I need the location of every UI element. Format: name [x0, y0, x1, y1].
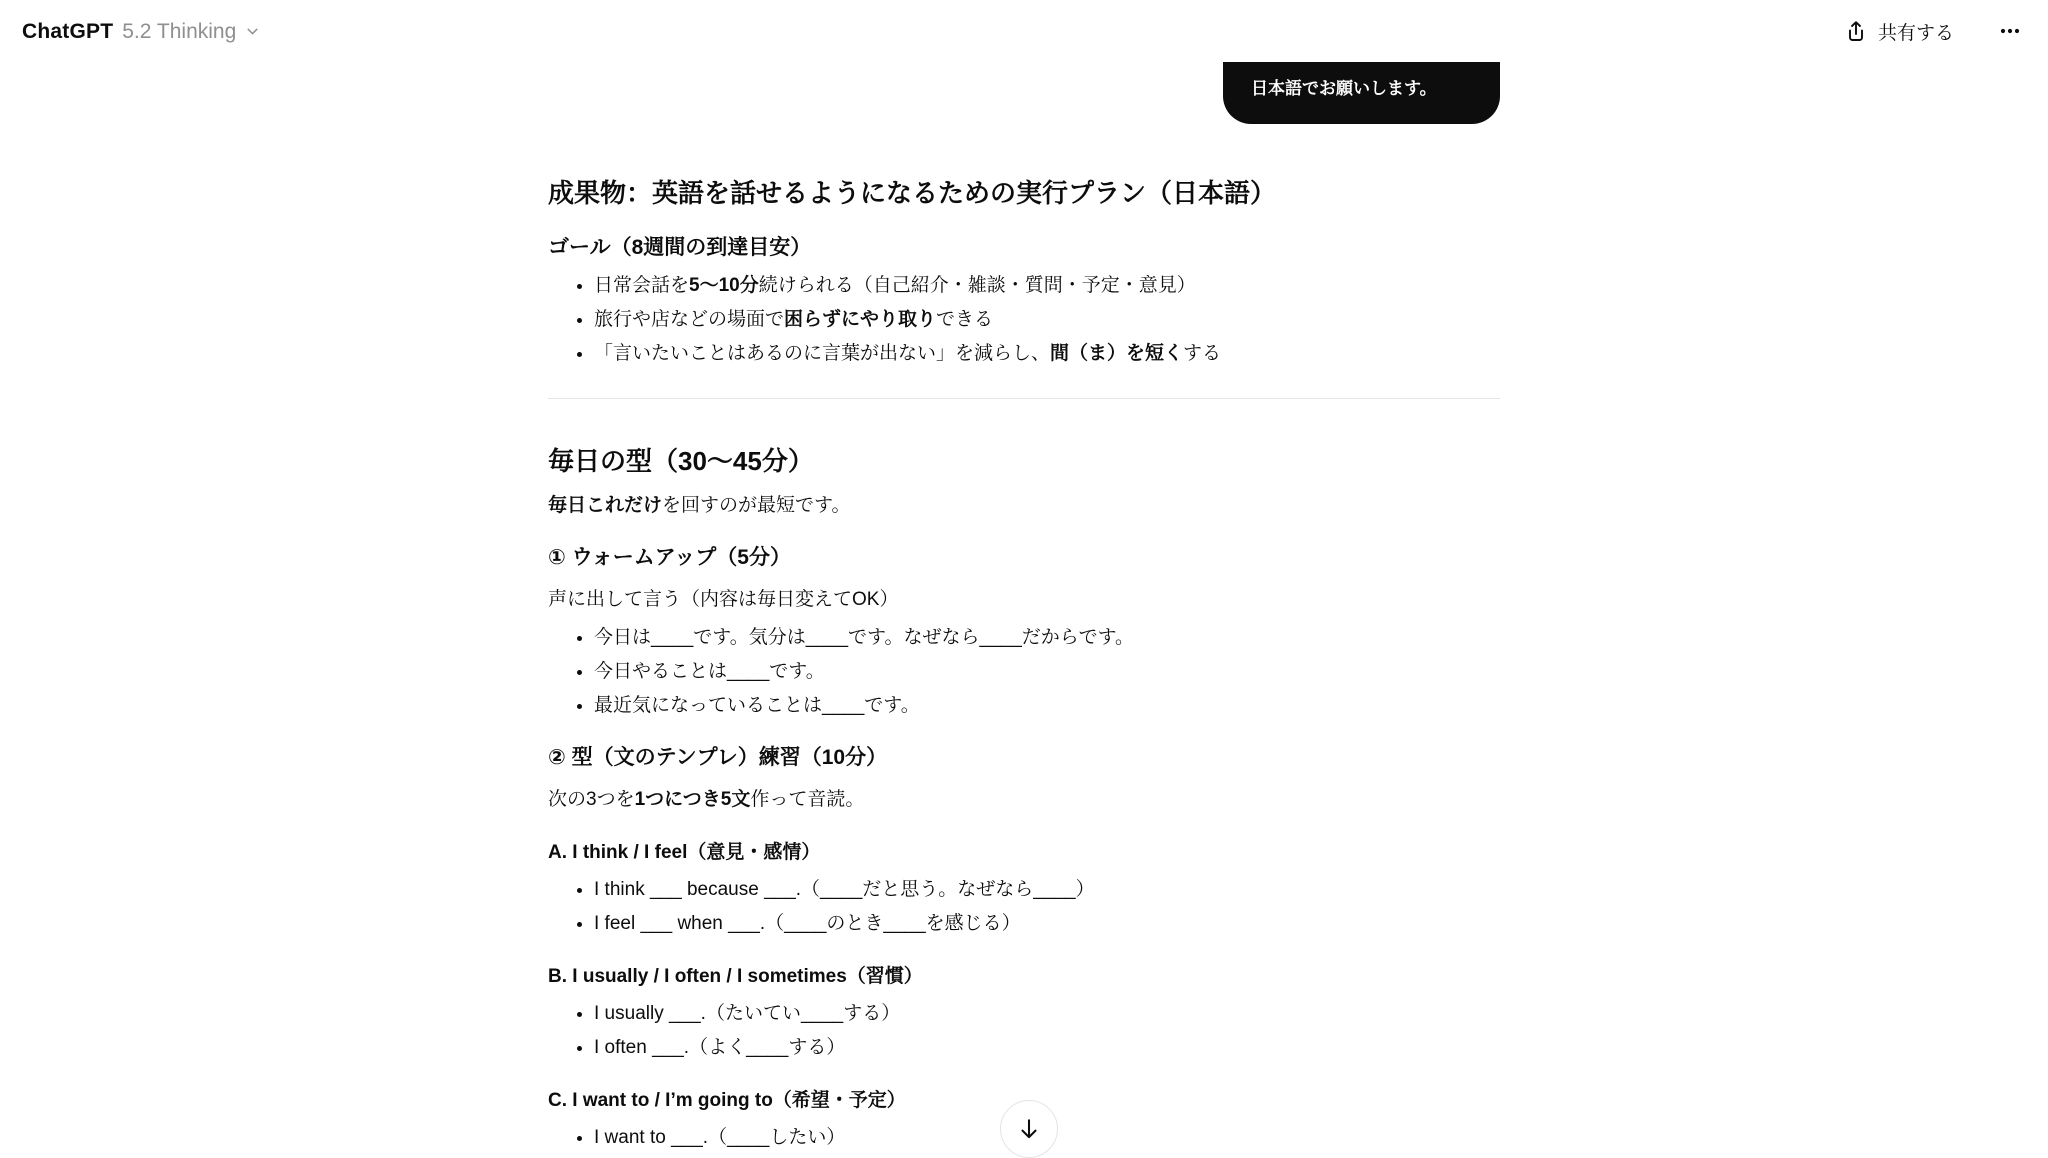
header-actions: 共有する: [1838, 14, 2026, 49]
list-item: 今日やることは____です。: [594, 658, 1500, 686]
heading-deliverable: 成果物：英語を話せるようになるための実行プラン（日本語）: [548, 176, 1500, 210]
goal-bullet-list: 日常会話を5〜10分続けられる（自己紹介・雑談・質問・予定・意見） 旅行や店など…: [548, 272, 1500, 368]
heading-warmup: ① ウォームアップ（5分）: [548, 544, 1500, 572]
list-item: 今日は____です。気分は____です。なぜなら____だからです。: [594, 624, 1500, 652]
scroll-to-bottom-button[interactable]: [1000, 1100, 1058, 1158]
list-item: I think ___ because ___.（____だと思う。なぜなら__…: [594, 876, 1500, 904]
heading-daily-routine: 毎日の型（30〜45分）: [548, 444, 1500, 478]
list-item: 日常会話を5〜10分続けられる（自己紹介・雑談・質問・予定・意見）: [594, 272, 1500, 300]
ellipsis-icon: [1998, 19, 2022, 43]
list-item: I usually ___.（たいてい____する）: [594, 1000, 1500, 1028]
more-options-button[interactable]: [1994, 15, 2026, 47]
chevron-down-icon: [244, 23, 261, 40]
user-message-line: 日本語でお願いします。: [1251, 76, 1472, 102]
list-item: 最近気になっていることは____です。: [594, 692, 1500, 720]
list-item: I often ___.（よく____する）: [594, 1034, 1500, 1062]
share-button[interactable]: 共有する: [1838, 14, 1960, 49]
share-label: 共有する: [1878, 18, 1954, 45]
warmup-bullet-list: 今日は____です。気分は____です。なぜなら____だからです。 今日やるこ…: [548, 624, 1500, 720]
top-bar: ChatGPT 5.2 Thinking 共有する: [0, 0, 2048, 62]
list-item: 旅行や店などの場面で困らずにやり取りできる: [594, 306, 1500, 334]
assistant-message: 成果物：英語を話せるようになるための実行プラン（日本語） ゴール（8週間の到達目…: [548, 176, 1500, 1152]
share-icon: [1844, 19, 1868, 43]
list-item: I feel ___ when ___.（____のとき____を感じる）: [594, 910, 1500, 938]
heading-goal: ゴール（8週間の到達目安）: [548, 234, 1500, 262]
model-selector[interactable]: ChatGPT 5.2 Thinking: [22, 21, 261, 42]
heading-section-b: B. I usually / I often / I sometimes（習慣）: [548, 964, 1500, 990]
daily-intro: 毎日これだけを回すのが最短です。: [548, 492, 1500, 520]
warmup-intro: 声に出して言う（内容は毎日変えてOK）: [548, 586, 1500, 614]
divider: [548, 398, 1500, 399]
section-b-bullet-list: I usually ___.（たいてい____する） I often ___.（…: [548, 1000, 1500, 1062]
heading-template-practice: ② 型（文のテンプレ）練習（10分）: [548, 744, 1500, 772]
template-practice-intro: 次の3つを1つにつき5文作って音読。: [548, 786, 1500, 814]
conversation-thread: 英語を話せるようになりたい 日本語でお願いします。 成果物：英語を話せるようにな…: [548, 0, 1500, 1152]
model-label: 5.2 Thinking: [122, 21, 236, 42]
arrow-down-icon: [1016, 1116, 1042, 1142]
heading-section-a: A. I think / I feel（意見・感情）: [548, 840, 1500, 866]
app-title: ChatGPT: [22, 21, 113, 42]
section-a-bullet-list: I think ___ because ___.（____だと思う。なぜなら__…: [548, 876, 1500, 938]
list-item: 「言いたいことはあるのに言葉が出ない」を減らし、間（ま）を短くする: [594, 340, 1500, 368]
